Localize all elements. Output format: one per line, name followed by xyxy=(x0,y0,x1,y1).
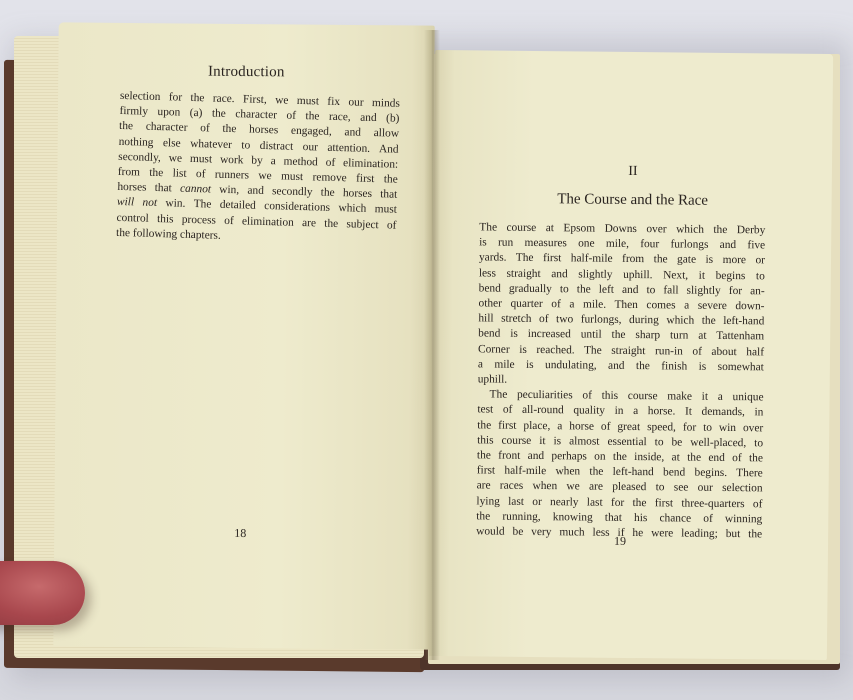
chapter-title: The Course and the Race xyxy=(434,190,832,211)
page-number: 19 xyxy=(614,534,626,549)
left-page: Introduction selection for the race. Fir… xyxy=(53,22,434,649)
right-page-body: The course at Epsom Downs over which the… xyxy=(476,220,765,542)
left-page-body: selection for the race. First, we must f… xyxy=(116,89,400,249)
thumb-holding-book xyxy=(0,561,85,625)
running-head: Introduction xyxy=(58,62,434,82)
italic-word: cannot xyxy=(180,183,211,196)
text-line: a mile is undulating, and the finish is … xyxy=(478,357,764,375)
chapter-number: II xyxy=(434,162,832,182)
book-gutter xyxy=(424,30,440,660)
right-page: II The Course and the Race The course at… xyxy=(429,50,833,660)
text-fragment: horses that xyxy=(117,181,180,195)
italic-word: will not xyxy=(117,196,157,209)
page-number: 18 xyxy=(234,526,246,541)
